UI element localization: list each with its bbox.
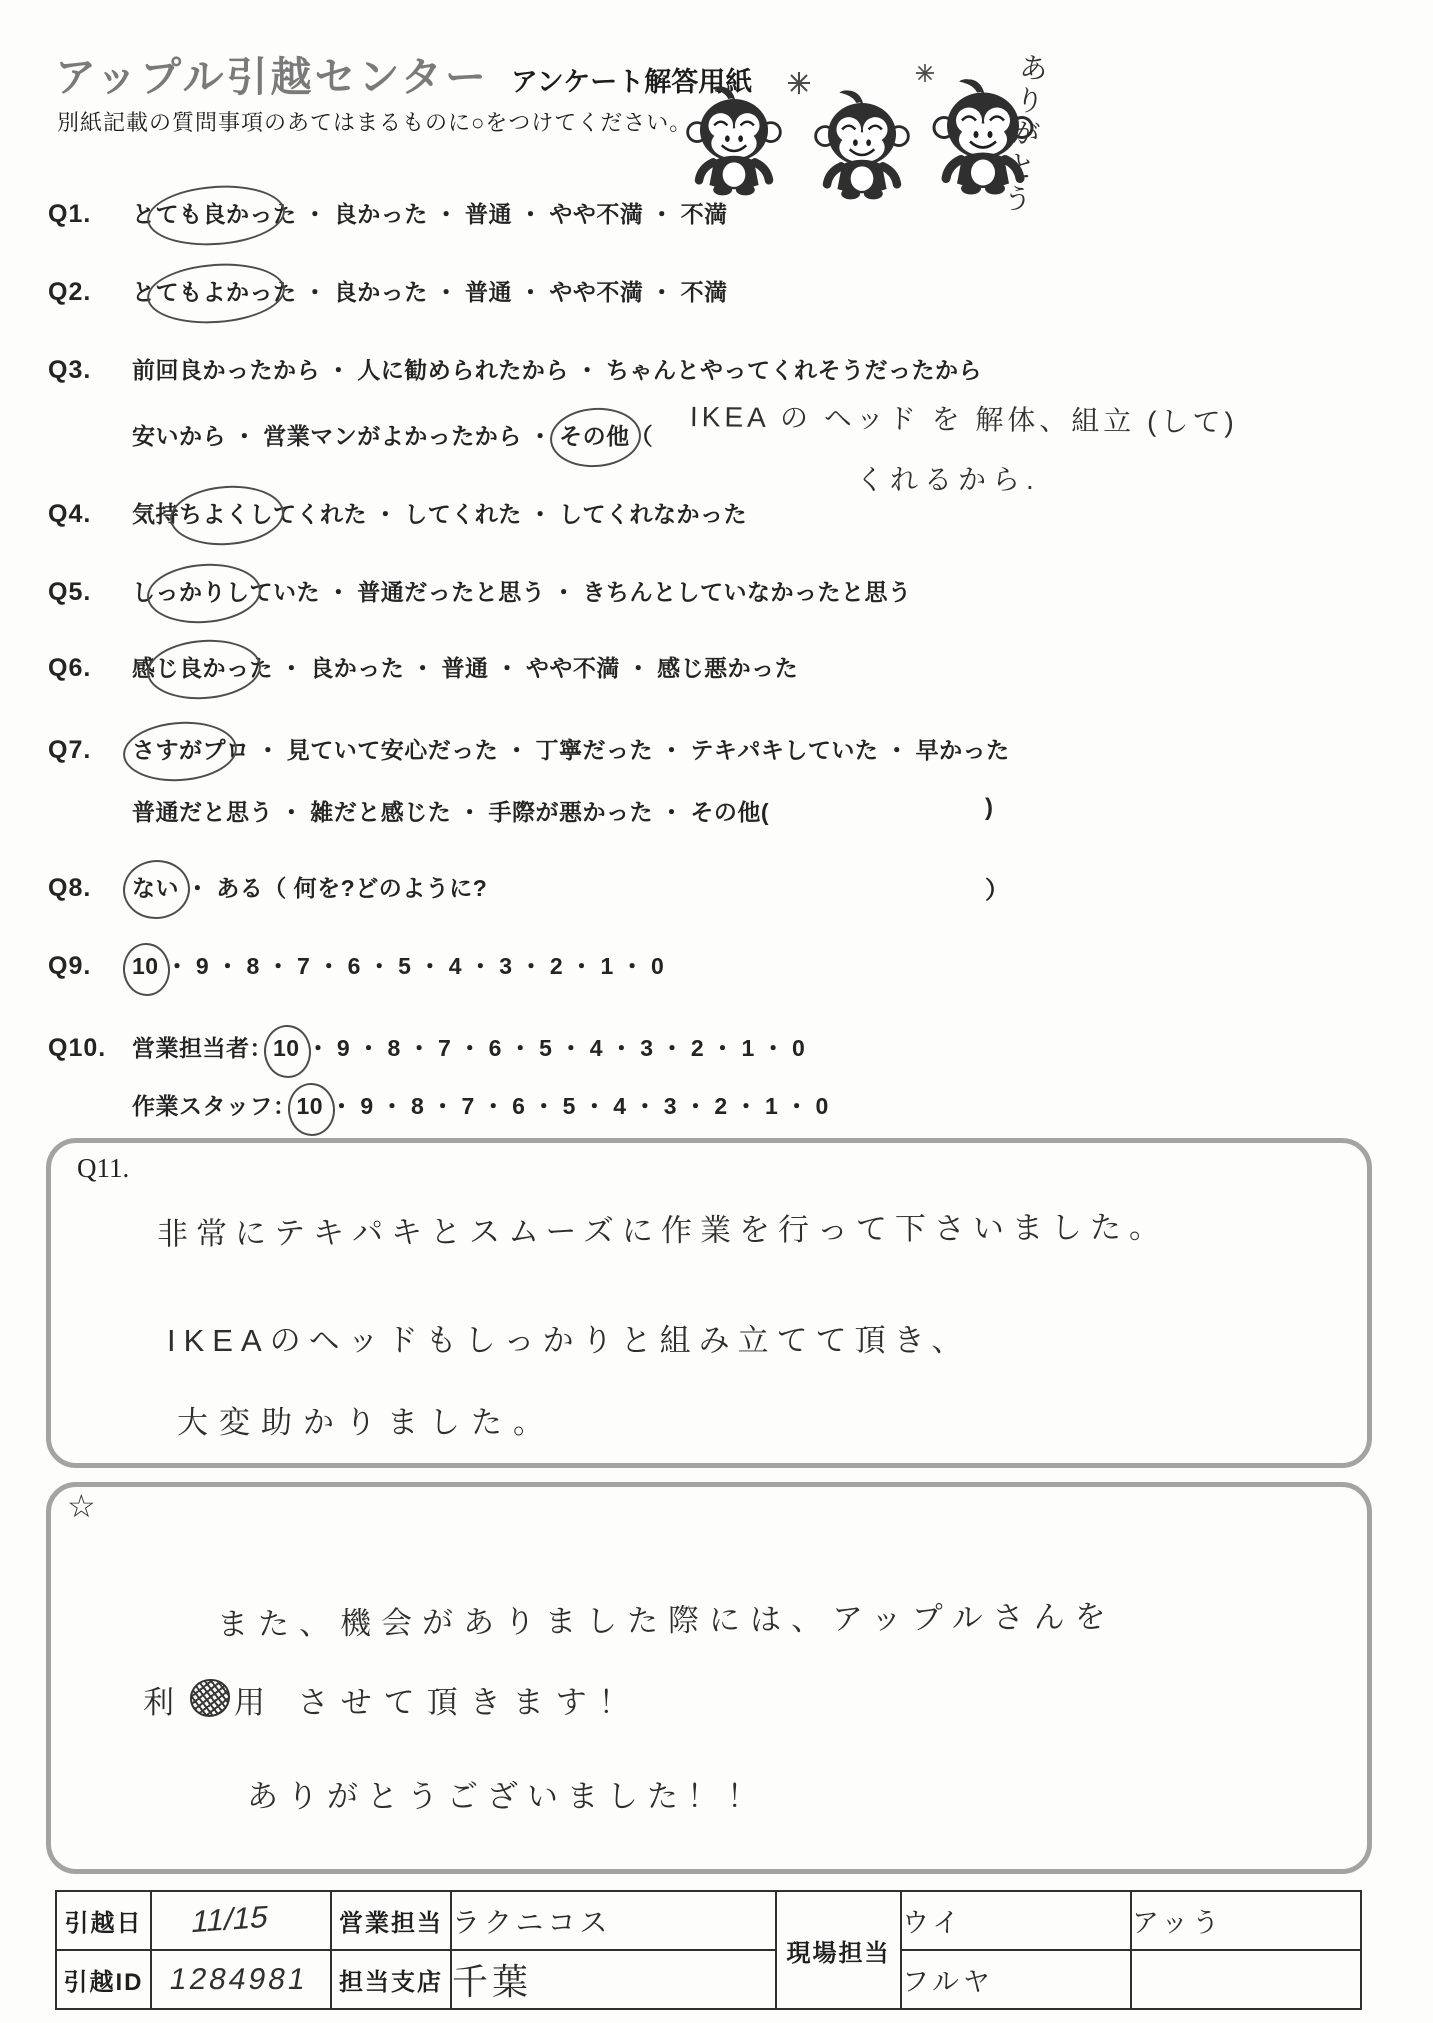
option-pre: 安いから ・ 営業マンがよかったから ・ — [132, 423, 559, 449]
monkey-mascot-icon — [810, 84, 914, 208]
comment-line: 非常にテキパキとスムーズに作業を行って下さいました。 — [157, 1201, 1168, 1253]
option-text: （ — [630, 423, 654, 449]
question-q3: Q3.前回良かったから ・ 人に勧められたから ・ ちゃんとやってくれそうだった… — [48, 352, 982, 385]
branch-value: 千葉 — [451, 1950, 776, 2009]
circled-answer: てもよかっ — [156, 274, 274, 307]
circled-answer: ない — [132, 870, 179, 903]
question-q2: Q2.とてもよかった ・ 良かった ・ 普通 ・ やや不満 ・ 不満 — [48, 274, 728, 307]
site-crew-1: ウイ — [901, 1891, 1131, 1950]
handwritten-note-q3-cont: くれるから. — [856, 458, 1040, 498]
site-crew-3: フルヤ — [901, 1950, 1131, 2009]
circled-answer: 10 — [297, 1093, 324, 1120]
question-label: Q6. — [48, 654, 132, 683]
question-q7-line2: 普通だと思う ・ 雑だと感じた ・ 手際が悪かった ・ その他( — [132, 794, 769, 827]
brand-title: アップル引越センター — [55, 44, 489, 103]
handwritten-note-q3: IKEA の ヘッド を 解体、組立 (して) — [690, 395, 1238, 441]
survey-scan-page: アップル引越センター アンケート解答用紙 別紙記載の質問事項のあてはまるものに○… — [0, 0, 1433, 2023]
question-q10-row2: 作業スタッフ：10 ・ 9 ・ 8 ・ 7 ・ 6 ・ 5 ・ 4 ・ 3 ・ … — [132, 1088, 829, 1121]
question-label: Q4. — [48, 500, 132, 529]
site-crew-2: アッう — [1131, 1891, 1361, 1950]
circled-answer: っかりし — [156, 574, 250, 607]
question-label: Q7. — [48, 736, 132, 765]
circled-answer: その他 — [559, 418, 630, 451]
option-pre: 感 — [132, 655, 156, 681]
star-comment-box: ☆ また、機会がありました際には、アップルさんを 利用 させて頂きます！ ありが… — [46, 1482, 1372, 1874]
instruction-text: 別紙記載の質問事項のあてはまるものに○をつけてください。 — [57, 106, 692, 137]
sparkle-icon — [788, 72, 810, 94]
move-date-label: 引越日 — [56, 1891, 151, 1950]
comment-line: 利用 させて頂きます！ — [143, 1677, 642, 1722]
option-text: ロ ・ 見ていて安心だった ・ 丁寧だった ・ テキパキしていた ・ 早かった — [226, 737, 1010, 763]
option-text: た ・ 良かった ・ 普通 ・ やや不満 ・ 不満 — [273, 201, 728, 227]
move-id-value-cell: 1284981 — [151, 1950, 331, 2009]
question-q8: Q8.ない ・ ある（ 何を?どのように? — [48, 870, 487, 903]
question-q3-line2: 安いから ・ 営業マンがよかったから ・ その他（ — [132, 418, 653, 451]
sales-rep-value: ラクニコス — [451, 1891, 776, 1950]
header: アップル引越センター アンケート解答用紙 — [55, 44, 752, 103]
question-q4: Q4.気持ちよくしてくれた ・ してくれた ・ してくれなかった — [48, 496, 747, 529]
move-date-value-cell: 11/15 — [151, 1891, 331, 1950]
option-text: ていた ・ 普通だったと思う ・ きちんとしていなかったと思う — [250, 579, 912, 605]
comment-line: 大変助かりました。 — [177, 1397, 555, 1442]
question-label: Q3. — [48, 356, 132, 385]
move-date-value: 11/15 — [151, 1899, 271, 1943]
row-label: 営業担当者： — [132, 1035, 273, 1061]
comment-line: また、機会がありました際には、アップルさんを — [217, 1591, 1116, 1644]
circled-answer: じ良かっ — [156, 650, 250, 683]
question-q1: Q1.とても良かった ・ 良かった ・ 普通 ・ やや不満 ・ 不満 — [48, 196, 728, 229]
circled-answer: ても良かっ — [156, 196, 274, 229]
question-q5: Q5.しっかりしていた ・ 普通だったと思う ・ きちんとしていなかったと思う — [48, 574, 912, 607]
circled-answer: 10 — [273, 1035, 300, 1062]
close-paren: ） — [985, 870, 1009, 905]
table-row: 引越日 11/15 営業担当 ラクニコス 現場担当 ウイ アッう — [56, 1891, 1361, 1950]
option-text: 普通だと思う ・ 雑だと感じた ・ 手際が悪かった ・ その他( — [132, 799, 769, 825]
question-label: Q2. — [48, 278, 132, 307]
move-id-label: 引越ID — [56, 1950, 151, 2009]
option-text: 前回良かったから ・ 人に勧められたから ・ ちゃんとやってくれそうだったから — [132, 357, 982, 383]
branch-label: 担当支店 — [331, 1950, 451, 2009]
sales-rep-label: 営業担当 — [331, 1891, 451, 1950]
question-q7: Q7.さすがプロ ・ 見ていて安心だった ・ 丁寧だった ・ テキパキしていた … — [48, 732, 1010, 765]
option-text: てくれた ・ してくれた ・ してくれなかった — [273, 501, 747, 527]
site-crew-4-empty — [1131, 1950, 1361, 2009]
question-label: Q5. — [48, 578, 132, 607]
comment-text-pre: 利 — [143, 1685, 186, 1720]
option-pre: 気持 — [132, 501, 179, 527]
option-text: ・ 9 ・ 8 ・ 7 ・ 6 ・ 5 ・ 4 ・ 3 ・ 2 ・ 1 ・ 0 — [159, 953, 665, 979]
move-id-value: 1284981 — [151, 1963, 311, 1997]
monkey-mascot-icon — [682, 80, 786, 204]
circled-answer: ちよくし — [179, 496, 273, 529]
circled-answer: 10 — [132, 953, 159, 980]
question-label: Q8. — [48, 874, 132, 903]
option-text: た ・ 良かった ・ 普通 ・ やや不満 ・ 不満 — [273, 279, 728, 305]
footer-table: 引越日 11/15 営業担当 ラクニコス 現場担当 ウイ アッう 引越ID 12… — [55, 1890, 1362, 2010]
question-q10-row1: Q10.営業担当者：10 ・ 9 ・ 8 ・ 7 ・ 6 ・ 5 ・ 4 ・ 3… — [48, 1030, 805, 1063]
site-crew-label: 現場担当 — [776, 1891, 901, 2009]
question-q9: Q9.10 ・ 9 ・ 8 ・ 7 ・ 6 ・ 5 ・ 4 ・ 3 ・ 2 ・ … — [48, 948, 664, 981]
option-pre: と — [132, 279, 156, 305]
table-row: 引越ID 1284981 担当支店 千葉 フルヤ — [56, 1950, 1361, 2009]
close-paren: ) — [985, 794, 993, 822]
q11-comment-box: Q11. 非常にテキパキとスムーズに作業を行って下さいました。 IKEAのヘッド… — [46, 1138, 1372, 1468]
option-text: ・ 9 ・ 8 ・ 7 ・ 6 ・ 5 ・ 4 ・ 3 ・ 2 ・ 1 ・ 0 — [300, 1035, 806, 1061]
option-text: ・ 9 ・ 8 ・ 7 ・ 6 ・ 5 ・ 4 ・ 3 ・ 2 ・ 1 ・ 0 — [323, 1093, 829, 1119]
comment-line: IKEAのヘッドもしっかりと組み立てて頂き、 — [167, 1315, 970, 1360]
question-q6: Q6.感じ良かった ・ 良かった ・ 普通 ・ やや不満 ・ 感じ悪かった — [48, 650, 798, 683]
question-label: Q11. — [77, 1153, 129, 1184]
option-text: た ・ 良かった ・ 普通 ・ やや不満 ・ 感じ悪かった — [250, 655, 799, 681]
row-label: 作業スタッフ： — [132, 1093, 297, 1119]
option-pre: し — [132, 579, 156, 605]
option-text: ・ ある（ 何を?どのように? — [179, 875, 487, 901]
comment-text-post: 用 させて頂きます！ — [234, 1685, 642, 1720]
scribbled-out-character — [190, 1679, 230, 1717]
comment-line: ありがとうございました！！ — [247, 1771, 767, 1816]
option-pre: と — [132, 201, 156, 227]
question-label: Q10. — [48, 1034, 132, 1063]
question-label: Q1. — [48, 200, 132, 229]
circled-answer: さすがプ — [132, 732, 226, 765]
star-icon: ☆ — [67, 1487, 96, 1525]
question-label: Q9. — [48, 952, 132, 981]
